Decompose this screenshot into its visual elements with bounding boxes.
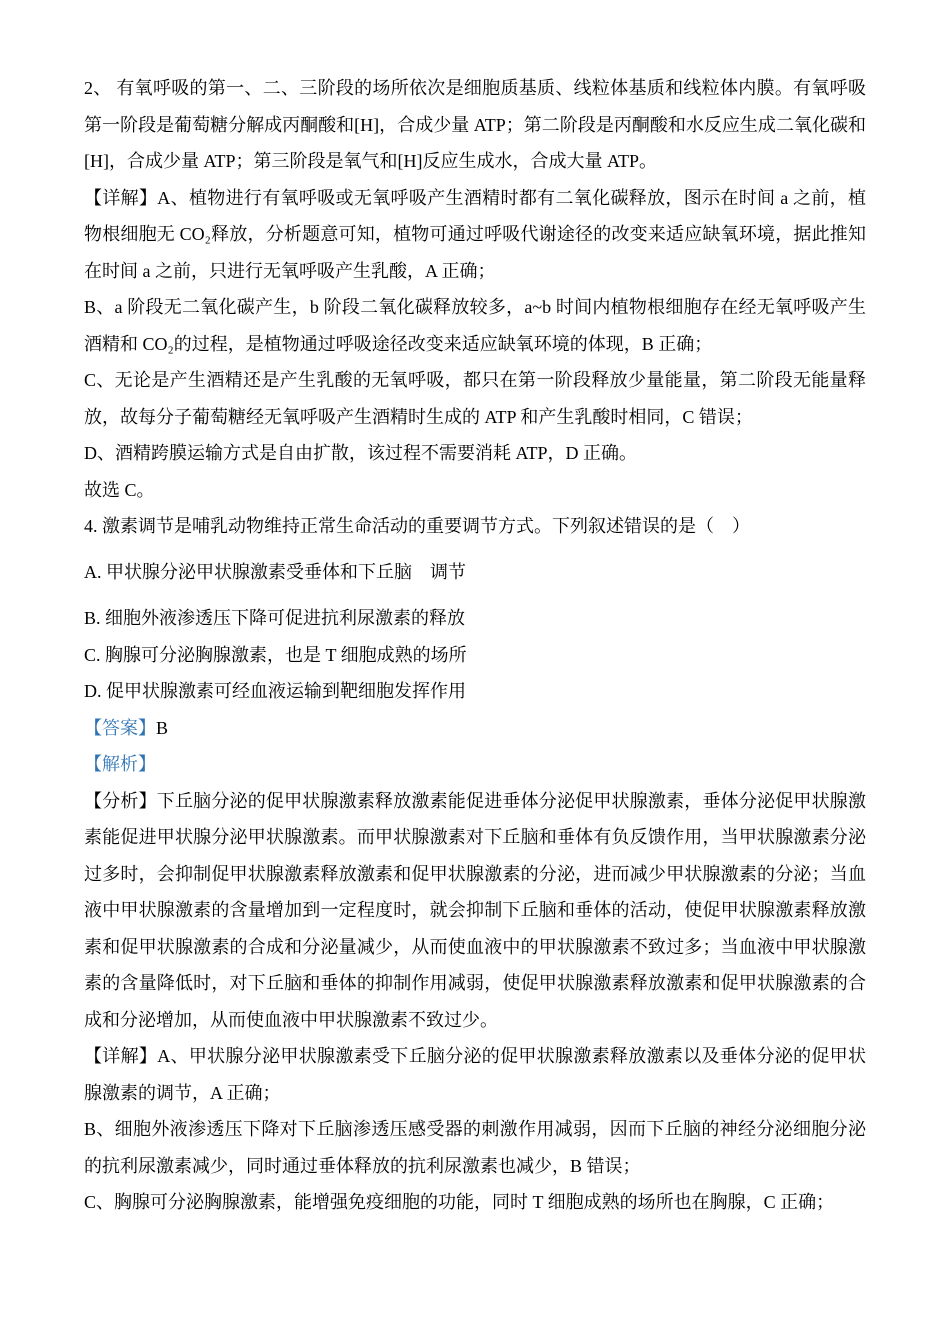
question-4-stem: 4. 激素调节是哺乳动物维持正常生命活动的重要调节方式。下列叙述错误的是（ ）: [84, 508, 866, 545]
question-4-option-b: B. 细胞外液渗透压下降可促进抗利尿激素的释放: [84, 600, 866, 637]
detail-q4-option-c: C、胸腺可分泌胸腺激素，能增强免疫细胞的功能，同时 T 细胞成熟的场所也在胸腺，…: [84, 1184, 866, 1221]
detail-q3-option-d: D、酒精跨膜运输方式是自由扩散，该过程不需要消耗 ATP，D 正确。: [84, 435, 866, 472]
explanation-aerobic-respiration: 2、 有氧呼吸的第一、二、三阶段的场所依次是细胞质基质、线粒体基质和线粒体内膜。…: [84, 70, 866, 180]
answer-label: 【答案】: [84, 718, 156, 738]
q4-analysis: 【分析】下丘脑分泌的促甲状腺激素释放激素能促进垂体分泌促甲状腺激素，垂体分泌促甲…: [84, 783, 866, 1039]
q3-conclusion: 故选 C。: [84, 472, 866, 509]
answer-line: 【答案】B: [84, 710, 866, 747]
analysis-section-label: 【解析】: [84, 746, 866, 783]
question-4-option-c: C. 胸腺可分泌胸腺激素，也是 T 细胞成熟的场所: [84, 637, 866, 674]
detail-q3-option-a: 【详解】A、植物进行有氧呼吸或无氧呼吸产生酒精时都有二氧化碳释放，图示在时间 a…: [84, 180, 866, 290]
answer-value: B: [156, 718, 168, 738]
jiexi-label: 【解析】: [84, 754, 156, 774]
detail-q3-option-b: B、a 阶段无二氧化碳产生，b 阶段二氧化碳释放较多，a~b 时间内植物根细胞存…: [84, 289, 866, 362]
detail-q3-option-c: C、无论是产生酒精还是产生乳酸的无氧呼吸，都只在第一阶段释放少量能量，第二阶段无…: [84, 362, 866, 435]
question-4-option-d: D. 促甲状腺激素可经血液运输到靶细胞发挥作用: [84, 673, 866, 710]
detail-q4-option-b: B、细胞外液渗透压下降对下丘脑渗透压感受器的刺激作用减弱，因而下丘脑的神经分泌细…: [84, 1111, 866, 1184]
question-4-option-a: A. 甲状腺分泌甲状腺激素受垂体和下丘脑 调节: [84, 554, 866, 591]
document-page: 2、 有氧呼吸的第一、二、三阶段的场所依次是细胞质基质、线粒体基质和线粒体内膜。…: [0, 0, 950, 1344]
detail-q4-option-a: 【详解】A、甲状腺分泌甲状腺激素受下丘脑分泌的促甲状腺激素释放激素以及垂体分泌的…: [84, 1038, 866, 1111]
